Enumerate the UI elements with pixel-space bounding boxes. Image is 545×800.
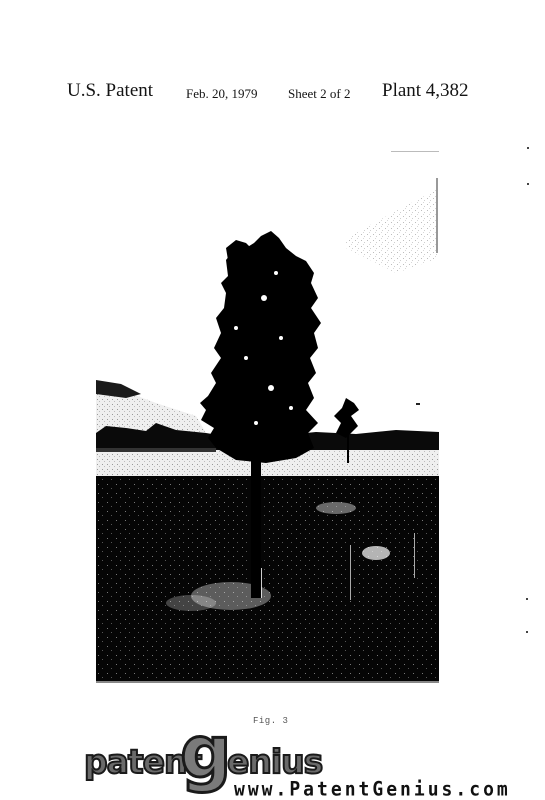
scan-mark xyxy=(527,147,529,149)
figure-photo xyxy=(96,148,439,683)
logo-text-enius: enius xyxy=(227,742,322,781)
patent-date: Feb. 20, 1979 xyxy=(186,86,258,102)
scan-mark xyxy=(526,631,528,633)
patent-office-label: U.S. Patent xyxy=(67,80,153,102)
scan-mark xyxy=(527,183,529,185)
patentgenius-watermark[interactable]: patent g enius www.PatentGenius.com xyxy=(82,728,462,800)
figure-caption: Fig. 3 xyxy=(253,716,288,726)
scan-mark xyxy=(526,598,528,600)
logo-g-icon: g xyxy=(180,710,232,794)
plant-patent-number: Plant 4,382 xyxy=(382,80,469,102)
sheet-number: Sheet 2 of 2 xyxy=(288,86,350,102)
watermark-url-link[interactable]: www.PatentGenius.com xyxy=(234,778,511,800)
